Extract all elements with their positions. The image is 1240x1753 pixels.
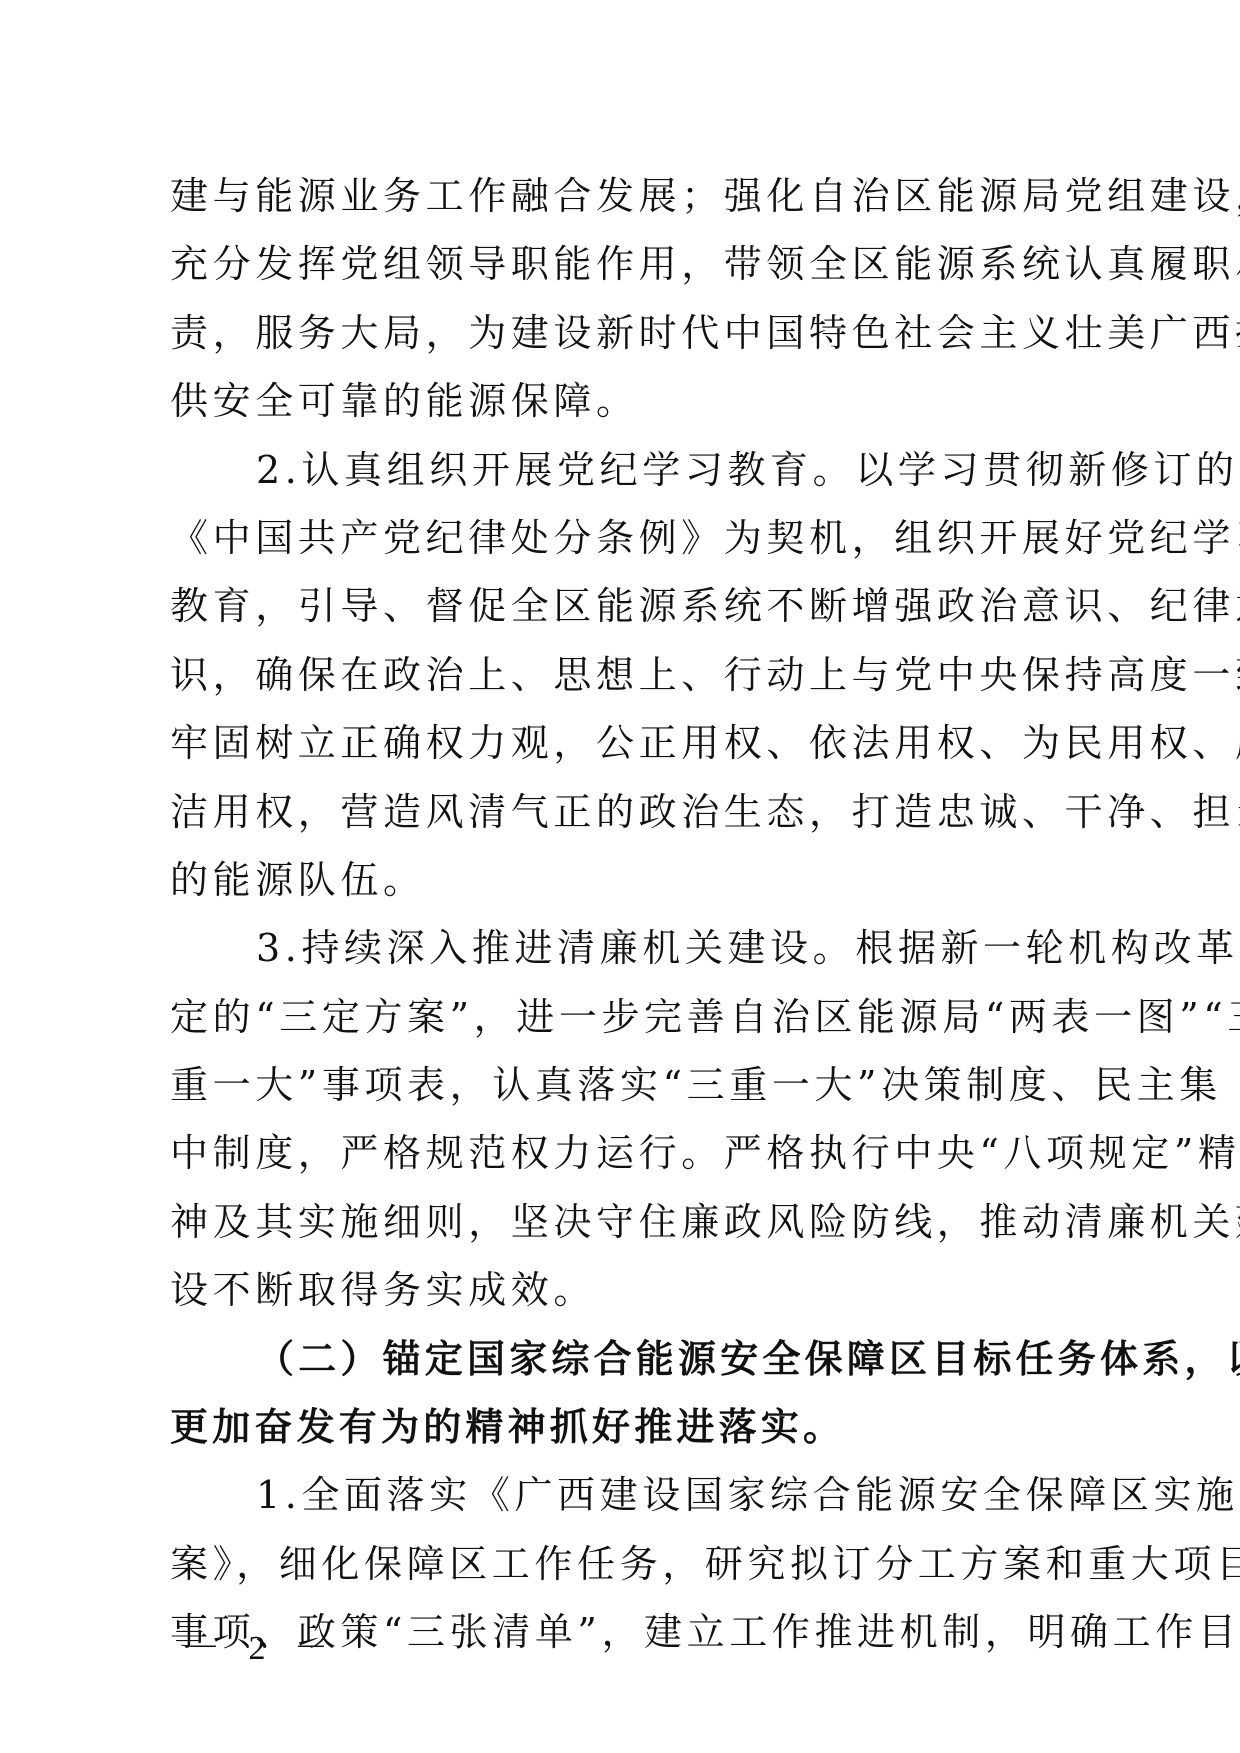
paragraph-clean-agency-building: 3.持续深入推进清廉机关建设。根据新一轮机构改革确 定的“三定方案”，进一步完善… — [170, 914, 950, 1324]
text-line: 案》，细化保障区工作任务，研究拟订分工方案和重大项目、 — [170, 1530, 950, 1598]
text-line: 2.认真组织开展党纪学习教育。以学习贯彻新修订的 — [170, 436, 950, 504]
page-number: － 2 － — [186, 1620, 338, 1669]
text-line: 教育，引导、督促全区能源系统不断增强政治意识、纪律意 — [170, 572, 950, 640]
text-line: 1.全面落实《广西建设国家综合能源安全保障区实施方 — [170, 1461, 950, 1529]
text-line: 重一大”事项表，认真落实“三重一大”决策制度、民主集 — [170, 1051, 950, 1119]
text-line: 洁用权，营造风清气正的政治生态，打造忠诚、干净、担当 — [170, 778, 950, 846]
document-body: 建与能源业务工作融合发展；强化自治区能源局党组建设， 充分发挥党组领导职能作用，… — [170, 162, 950, 1667]
text-line: 设不断取得务实成效。 — [170, 1256, 950, 1324]
text-line: 充分发挥党组领导职能作用，带领全区能源系统认真履职尽 — [170, 230, 950, 298]
text-line: 的能源队伍。 — [170, 846, 950, 914]
text-line: 中制度，严格规范权力运行。严格执行中央“八项规定”精 — [170, 1119, 950, 1187]
paragraph-party-discipline-education: 2.认真组织开展党纪学习教育。以学习贯彻新修订的 《中国共产党纪律处分条例》为契… — [170, 436, 950, 915]
text-line: 定的“三定方案”，进一步完善自治区能源局“两表一图”“三 — [170, 983, 950, 1051]
text-line: 神及其实施细则，坚决守住廉政风险防线，推动清廉机关建 — [170, 1188, 950, 1256]
text-line: 供安全可靠的能源保障。 — [170, 367, 950, 435]
text-line: 3.持续深入推进清廉机关建设。根据新一轮机构改革确 — [170, 914, 950, 982]
heading-line: 更加奋发有为的精神抓好推进落实。 — [170, 1393, 950, 1461]
heading-line: （二）锚定国家综合能源安全保障区目标任务体系，以 — [170, 1325, 950, 1393]
section-heading-two: （二）锚定国家综合能源安全保障区目标任务体系，以 更加奋发有为的精神抓好推进落实… — [170, 1325, 950, 1462]
text-line: 牢固树立正确权力观，公正用权、依法用权、为民用权、廉 — [170, 709, 950, 777]
text-line: 建与能源业务工作融合发展；强化自治区能源局党组建设， — [170, 162, 950, 230]
paragraph-party-building-continuation: 建与能源业务工作融合发展；强化自治区能源局党组建设， 充分发挥党组领导职能作用，… — [170, 162, 950, 436]
document-page: 建与能源业务工作融合发展；强化自治区能源局党组建设， 充分发挥党组领导职能作用，… — [0, 0, 1240, 1753]
text-line: 《中国共产党纪律处分条例》为契机，组织开展好党纪学习 — [170, 504, 950, 572]
text-line: 识，确保在政治上、思想上、行动上与党中央保持高度一致； — [170, 641, 950, 709]
text-line: 责，服务大局，为建设新时代中国特色社会主义壮美广西提 — [170, 299, 950, 367]
